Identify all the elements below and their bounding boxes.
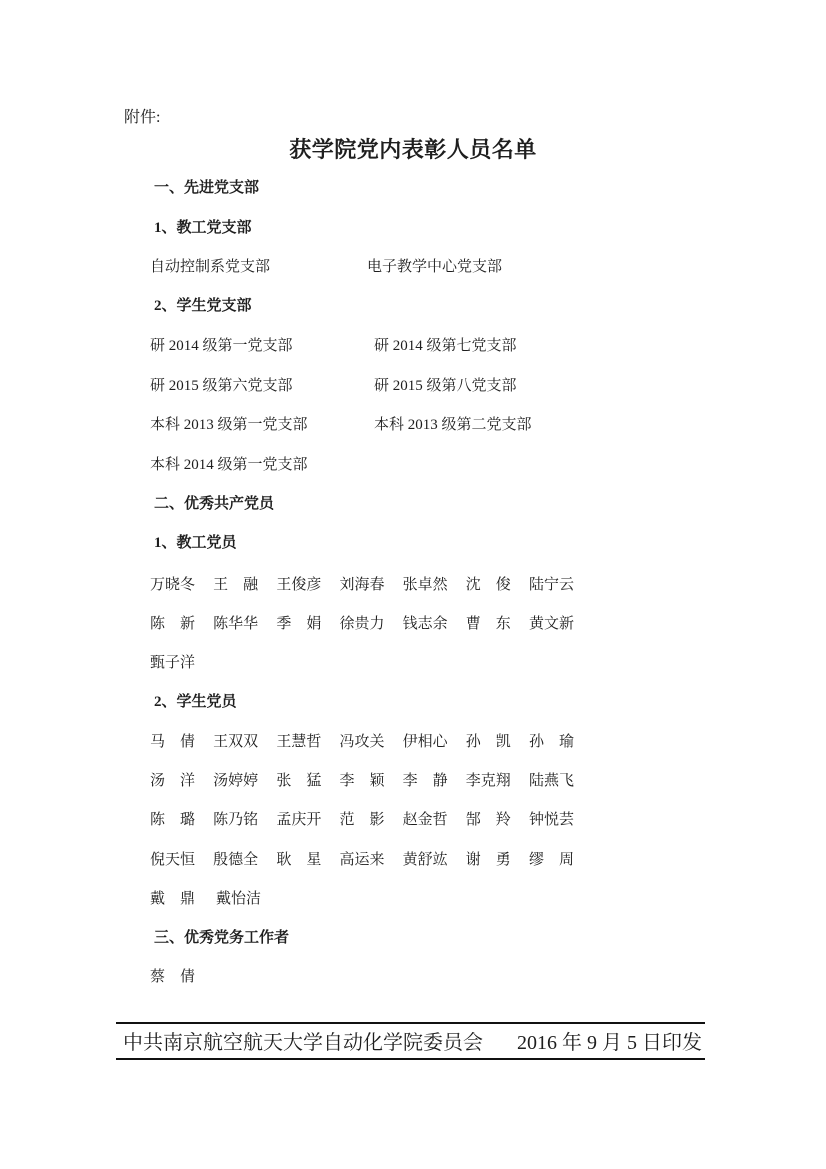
footer-rule-bottom: [116, 1058, 705, 1060]
section-heading-advanced-branches: 一、先进党支部: [154, 178, 259, 198]
name-row: 陈 新 陈华华 季 娟 徐贵力 钱志余 曹 东 黄文新: [150, 614, 574, 634]
branch-name: 本科 2014 级第一党支部: [150, 457, 308, 473]
member-name: 徐贵力: [339, 614, 384, 634]
branch-name: 电子教学中心党支部: [367, 257, 502, 277]
member-name: 马 倩: [150, 732, 195, 752]
member-name: 孙 凯: [466, 732, 511, 752]
member-name: 刘海春: [339, 575, 384, 595]
branch-row: 研 2015 级第六党支部 研 2015 级第八党支部: [150, 376, 293, 396]
member-name: 汤婷婷: [213, 771, 258, 791]
member-name: 陈 新: [150, 614, 195, 634]
member-name: 陈 璐: [150, 810, 195, 830]
member-name: 戴 鼎: [150, 889, 195, 909]
member-name: 甄子洋: [150, 653, 195, 673]
member-name: 黄文新: [529, 614, 574, 634]
name-row: 甄子洋: [150, 653, 195, 673]
section-heading-party-workers: 三、优秀党务工作者: [154, 928, 289, 948]
name-row: 陈 璐 陈乃铭 孟庆开 范 影 赵金哲 郜 羚 钟悦芸: [150, 810, 574, 830]
member-name: 王 融: [213, 575, 258, 595]
member-name: 陈华华: [213, 614, 258, 634]
member-name: 郜 羚: [466, 810, 511, 830]
name-row: 倪天恒 殷德全 耿 星 高运来 黄舒竑 谢 勇 缪 周: [150, 850, 574, 870]
subsection-heading-teacher-members: 1、教工党员: [154, 533, 237, 553]
member-name: 耿 星: [276, 850, 321, 870]
member-name: 万晓冬: [150, 575, 195, 595]
footer-print-date: 2016 年 9 月 5 日印发: [517, 1031, 702, 1055]
member-name: 沈 俊: [466, 575, 511, 595]
member-name: 李 静: [403, 771, 448, 791]
member-name: 赵金哲: [403, 810, 448, 830]
member-name: 殷德全: [213, 850, 258, 870]
member-name: 汤 洋: [150, 771, 195, 791]
branch-row: 本科 2013 级第一党支部 本科 2013 级第二党支部: [150, 415, 308, 435]
branch-name: 本科 2013 级第二党支部: [374, 415, 532, 435]
member-name: 钱志余: [403, 614, 448, 634]
member-name: 季 娟: [276, 614, 321, 634]
member-name: 谢 勇: [466, 850, 511, 870]
branch-name: 研 2014 级第一党支部: [150, 338, 293, 354]
member-name: 孟庆开: [276, 810, 321, 830]
member-name: 陆宁云: [529, 575, 574, 595]
branch-name: 研 2015 级第八党支部: [374, 376, 517, 396]
name-row: 万晓冬 王 融 王俊彦 刘海春 张卓然 沈 俊 陆宁云: [150, 575, 574, 595]
member-name: 黄舒竑: [403, 850, 448, 870]
member-name: 曹 东: [466, 614, 511, 634]
member-name: 王俊彦: [276, 575, 321, 595]
section-heading-outstanding-members: 二、优秀共产党员: [154, 494, 274, 514]
member-name: 陆燕飞: [529, 771, 574, 791]
footer: 中共南京航空航天大学自动化学院委员会 2016 年 9 月 5 日印发: [123, 1031, 702, 1055]
subsection-heading-student-members: 2、学生党员: [154, 692, 237, 712]
member-name: 倪天恒: [150, 850, 195, 870]
name-row: 汤 洋 汤婷婷 张 猛 李 颖 李 静 李克翔 陆燕飞: [150, 771, 574, 791]
member-name: 李 颖: [339, 771, 384, 791]
branch-name: 研 2014 级第七党支部: [374, 336, 517, 356]
page-title: 获学院党内表彰人员名单: [0, 135, 826, 165]
branch-name: 本科 2013 级第一党支部: [150, 417, 308, 433]
footer-issuer: 中共南京航空航天大学自动化学院委员会: [123, 1031, 483, 1055]
footer-rule-top: [116, 1022, 705, 1024]
member-name: 李克翔: [466, 771, 511, 791]
member-name: 王双双: [213, 732, 258, 752]
name-row: 戴 鼎 戴怡洁: [150, 889, 261, 909]
branch-name: 自动控制系党支部: [150, 259, 270, 275]
member-name: 张 猛: [276, 771, 321, 791]
member-name: 陈乃铭: [213, 810, 258, 830]
member-name: 缪 周: [529, 850, 574, 870]
name-row: 马 倩 王双双 王慧哲 冯攻关 伊相心 孙 凯 孙 瑜: [150, 732, 574, 752]
member-name: 伊相心: [403, 732, 448, 752]
branch-row: 自动控制系党支部 电子教学中心党支部: [150, 257, 270, 277]
member-name: 张卓然: [403, 575, 448, 595]
member-name: 孙 瑜: [529, 732, 574, 752]
member-name: 高运来: [339, 850, 384, 870]
branch-row: 本科 2014 级第一党支部: [150, 455, 308, 475]
member-name: 范 影: [339, 810, 384, 830]
name-row: 蔡 倩: [150, 967, 195, 987]
branch-name: 研 2015 级第六党支部: [150, 378, 293, 394]
member-name: 戴怡洁: [216, 889, 261, 909]
subsection-heading-student-branches: 2、学生党支部: [154, 296, 252, 316]
member-name: 蔡 倩: [150, 967, 195, 987]
attachment-label: 附件:: [124, 108, 160, 128]
member-name: 王慧哲: [276, 732, 321, 752]
subsection-heading-teacher-branches: 1、教工党支部: [154, 218, 252, 238]
member-name: 钟悦芸: [529, 810, 574, 830]
document-page: 附件: 获学院党内表彰人员名单 一、先进党支部 1、教工党支部 自动控制系党支部…: [0, 0, 826, 1169]
branch-row: 研 2014 级第一党支部 研 2014 级第七党支部: [150, 336, 293, 356]
member-name: 冯攻关: [339, 732, 384, 752]
